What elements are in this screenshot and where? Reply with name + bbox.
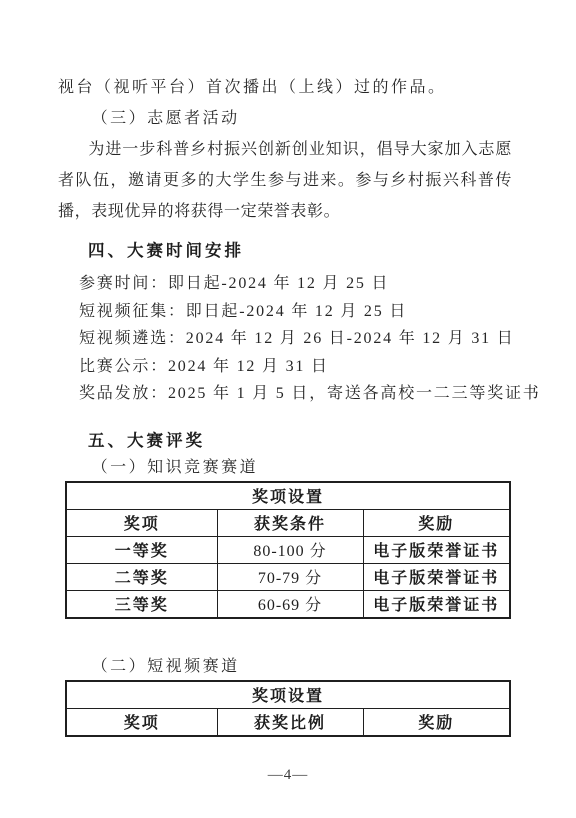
header-cell-award: 奖项 bbox=[66, 509, 217, 536]
table-title-row: 奖项设置 bbox=[66, 681, 510, 709]
table-header-row: 奖项 获奖条件 奖励 bbox=[66, 509, 510, 536]
schedule-item-prize-delivery: 奖品发放：2025 年 1 月 5 日，寄送各高校一二三等奖证书 bbox=[58, 380, 512, 408]
table-row: 二等奖 70-79 分 电子版荣誉证书 bbox=[66, 563, 510, 590]
table-title-cell: 奖项设置 bbox=[66, 482, 510, 510]
cell-award-prize: 电子版荣誉证书 bbox=[363, 563, 510, 590]
track-2-subtitle: （二）短视频赛道 bbox=[58, 654, 512, 680]
cell-award-rank: 一等奖 bbox=[66, 536, 217, 563]
header-cell-ratio: 获奖比例 bbox=[217, 708, 363, 736]
video-track-awards-table: 奖项设置 奖项 获奖比例 奖励 bbox=[65, 680, 511, 737]
schedule-list: 参赛时间：即日起-2024 年 12 月 25 日 短视频征集：即日起-2024… bbox=[58, 270, 512, 408]
track-1-subtitle: （一）知识竞赛赛道 bbox=[58, 455, 512, 481]
table-title-cell: 奖项设置 bbox=[66, 681, 510, 709]
table-title-row: 奖项设置 bbox=[66, 482, 510, 510]
header-cell-prize: 奖励 bbox=[363, 509, 510, 536]
page-number: —4— bbox=[0, 767, 576, 784]
cell-award-prize: 电子版荣誉证书 bbox=[363, 590, 510, 618]
header-cell-prize: 奖励 bbox=[363, 708, 510, 736]
section-4-title: 四、大赛时间安排 bbox=[58, 238, 512, 265]
cell-award-rank: 二等奖 bbox=[66, 563, 217, 590]
document-page: 视台（视听平台）首次播出（上线）过的作品。 （三）志愿者活动 为进一步科普乡村振… bbox=[0, 0, 576, 818]
cell-award-rank: 三等奖 bbox=[66, 590, 217, 618]
table-row: 一等奖 80-100 分 电子版荣誉证书 bbox=[66, 536, 510, 563]
table-row: 三等奖 60-69 分 电子版荣誉证书 bbox=[66, 590, 510, 618]
schedule-item-entry-time: 参赛时间：即日起-2024 年 12 月 25 日 bbox=[58, 270, 512, 298]
paragraph-continuation: 视台（视听平台）首次播出（上线）过的作品。 bbox=[58, 72, 512, 103]
cell-award-prize: 电子版荣誉证书 bbox=[363, 536, 510, 563]
cell-award-condition: 80-100 分 bbox=[217, 536, 363, 563]
cell-award-condition: 60-69 分 bbox=[217, 590, 363, 618]
subsection-3-title: （三）志愿者活动 bbox=[58, 103, 512, 134]
subsection-3-paragraph: 为进一步科普乡村振兴创新创业知识，倡导大家加入志愿者队伍，邀请更多的大学生参与进… bbox=[58, 134, 512, 227]
schedule-item-video-selection: 短视频遴选：2024 年 12 月 26 日-2024 年 12 月 31 日 bbox=[58, 325, 512, 353]
cell-award-condition: 70-79 分 bbox=[217, 563, 363, 590]
header-cell-award: 奖项 bbox=[66, 708, 217, 736]
schedule-item-result-announcement: 比赛公示：2024 年 12 月 31 日 bbox=[58, 353, 512, 381]
knowledge-track-awards-table: 奖项设置 奖项 获奖条件 奖励 一等奖 80-100 分 电子版荣誉证书 二等奖… bbox=[65, 481, 511, 619]
schedule-item-video-collection: 短视频征集：即日起-2024 年 12 月 25 日 bbox=[58, 298, 512, 326]
section-5-title: 五、大赛评奖 bbox=[58, 428, 512, 455]
document-content: 视台（视听平台）首次播出（上线）过的作品。 （三）志愿者活动 为进一步科普乡村振… bbox=[58, 72, 512, 737]
table-header-row: 奖项 获奖比例 奖励 bbox=[66, 708, 510, 736]
header-cell-condition: 获奖条件 bbox=[217, 509, 363, 536]
